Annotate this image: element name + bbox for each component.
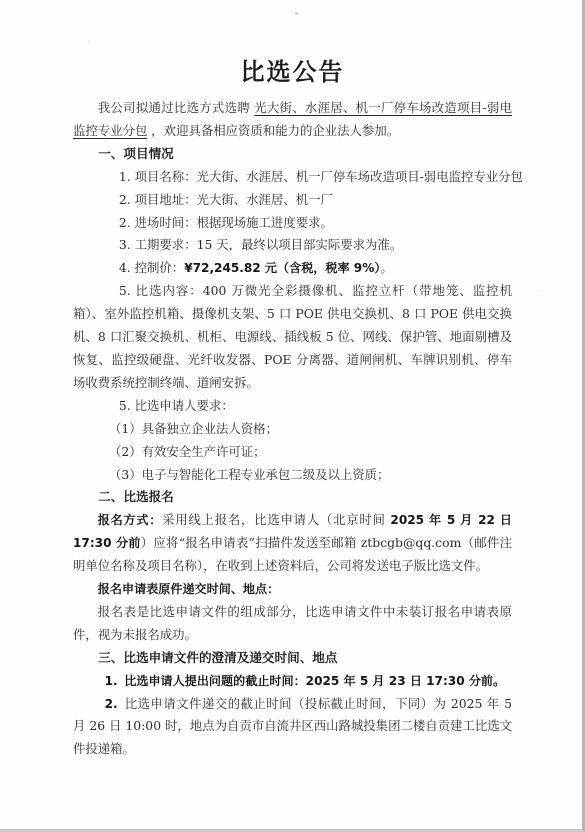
section1-item-duration: 3. 工期要求：15 天，最终以项目部实际要求为准。 (73, 234, 512, 257)
control-price-label: 4. 控制价： (119, 260, 184, 275)
requirement-legal-entity: （1）具备独立企业法人资格； (73, 418, 512, 441)
section1-item-project-name: 1. 项目名称：光大街、水涯居、机一厂停车场改造项目-弱电监控专业分包 (73, 166, 512, 189)
section1-item-entry-time: 2. 进场时间：根据现场施工进度要求。 (73, 212, 512, 235)
signup-form-note-paragraph: 报名表是比选申请文件的组成部分，比选申请文件中未装订报名申请表原件，视为未报名成… (73, 601, 512, 647)
signup-method-paragraph: 报名方式：采用线上报名，比选申请人（北京时间 2025 年 5 月 22 日 1… (73, 509, 512, 578)
section3-item-submission-deadline: 2.比选申请文件递交的截止时间（投标截止时间，下同）为 2025 年 5 月 2… (73, 693, 512, 762)
intro-tail: ，欢迎具备相应资质和能力的企业法人参加。 (147, 123, 399, 138)
section3-item-question-deadline: 1.比选申请人提出问题的截止时间：2025 年 5 月 23 日 17:30 分… (73, 670, 512, 693)
section3-heading: 三、比选申请文件的澄清及递交时间、地点 (73, 647, 512, 670)
intro-paragraph: 我公司拟通过比选方式选聘 光大街、水涯居、机一厂停车场改造项目-弱电监控专业分包… (73, 97, 512, 143)
section1-item-scope: 5. 比选内容：400 万微光全彩摄像机、监控立杆（带地笼、监控机箱）、室外监控… (73, 280, 512, 395)
scanned-document-page: 比选公告 我公司拟通过比选方式选聘 光大街、水涯居、机一厂停车场改造项目-弱电监… (0, 0, 585, 832)
requirement-qualification: （3）电子与智能化工程专业承包二级及以上资质； (73, 464, 512, 487)
requirement-safety-license: （2）有效安全生产许可证； (73, 441, 512, 464)
section1-heading: 一、项目情况 (73, 143, 512, 166)
section1-item-applicant-requirements: 5. 比选申请人要求： (73, 395, 512, 418)
page-title: 比选公告 (73, 57, 512, 87)
intro-lead: 我公司拟通过比选方式选聘 (98, 100, 254, 115)
scan-speck (88, 41, 90, 43)
control-price-tail: 。 (380, 260, 392, 275)
control-price-value: ¥72,245.82 元（含税，税率 9%） (184, 261, 380, 275)
section2-heading: 二、比选报名 (73, 486, 512, 509)
question-deadline-text: 比选申请人提出问题的截止时间：2025 年 5 月 23 日 17:30 分前。 (124, 674, 505, 688)
scan-speck (540, 290, 543, 292)
signup-method-label: 报名方式： (98, 513, 162, 527)
section1-item-project-address: 2. 项目地址：光大街、水涯居、机一厂 (73, 189, 512, 212)
item-number: 2. (105, 697, 118, 711)
section1-item-control-price: 4. 控制价：¥72,245.82 元（含税，税率 9%）。 (73, 257, 512, 280)
submission-deadline-text: 比选申请文件递交的截止时间（投标截止时间，下同）为 2025 年 5 月 26 … (73, 696, 512, 757)
signup-form-subheading-text: 报名申请表原件递交时间、地点： (98, 582, 279, 596)
signup-form-subheading: 报名申请表原件递交时间、地点： (73, 578, 512, 601)
signup-method-run1: 采用线上报名，比选申请人（北京时间 (162, 512, 390, 527)
scan-speck (295, 12, 298, 15)
item-number: 1. (105, 674, 118, 688)
